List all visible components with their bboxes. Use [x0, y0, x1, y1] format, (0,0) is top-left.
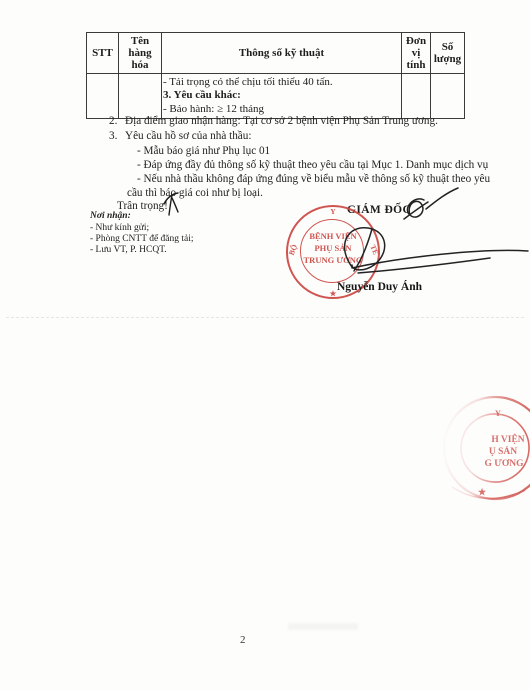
edge-stamp-top-letter: Y	[495, 408, 501, 418]
spec-table-body-row: - Tải trọng có thể chịu tối thiểu 40 tấn…	[87, 74, 465, 119]
spec-line-load: - Tải trọng có thể chịu tối thiểu 40 tấn…	[163, 76, 400, 89]
cell-ten-hang-hoa	[119, 74, 162, 119]
recipient-item-2: - Phòng CNTT để đăng tải;	[90, 234, 194, 245]
document-page: STT Tên hàng hóa Thông số kỹ thuật Đơn v…	[0, 0, 530, 690]
cell-don-vi-tinh	[402, 74, 431, 119]
recipient-item-3: - Lưu VT, P. HCQT.	[90, 245, 167, 256]
cell-stt	[87, 74, 119, 119]
edge-stamp-line-trung-uong: G ƯƠNG	[485, 458, 525, 469]
scan-artifact-dashed-line	[6, 317, 524, 318]
signer-name: Nguyễn Duy Ánh	[337, 281, 422, 293]
page-number: 2	[240, 634, 246, 646]
spec-table: STT Tên hàng hóa Thông số kỹ thuật Đơn v…	[86, 32, 465, 119]
list-item-2-number: 2.	[109, 115, 125, 128]
scan-artifact-smudge	[288, 623, 358, 630]
recipient-item-1: - Như kính gửi;	[90, 223, 149, 234]
col-header-thong-so: Thông số kỹ thuật	[162, 33, 402, 74]
bullet-rejection-line2: cầu thì báo giá coi như bị loại.	[127, 187, 263, 200]
col-header-stt: STT	[87, 33, 119, 74]
edge-stamp-line-phu-san: Ụ SẢN	[489, 445, 517, 457]
bullet-spec-compliance: - Đáp ứng đầy đủ thông số kỹ thuật theo …	[137, 159, 488, 172]
col-header-don-vi-tinh: Đơn vị tính	[402, 33, 431, 74]
list-item-3: 3.Yêu cầu hồ sơ của nhà thầu:	[109, 130, 251, 143]
list-item-2-text: Địa điểm giao nhận hàng: Tại cơ sở 2 bện…	[125, 115, 438, 127]
stamp-star-icon: ★	[330, 290, 337, 298]
list-item-2: 2.Địa điểm giao nhận hàng: Tại cơ sở 2 b…	[109, 115, 438, 128]
spec-table-header-row: STT Tên hàng hóa Thông số kỹ thuật Đơn v…	[87, 33, 465, 74]
edge-stamp-line-benh-vien: H VIỆN	[491, 432, 524, 445]
col-header-so-luong: Số lượng	[431, 33, 465, 74]
list-item-3-text: Yêu cầu hồ sơ của nhà thầu:	[125, 130, 251, 142]
edge-stamp-star-icon: ★	[478, 487, 487, 497]
recipients-label: Nơi nhận:	[90, 211, 131, 222]
cell-thong-so: - Tải trọng có thể chịu tối thiểu 40 tấn…	[162, 74, 402, 119]
edge-stamp: Y H VIỆN Ụ SẢN G ƯƠNG ★	[432, 385, 530, 513]
list-item-3-number: 3.	[109, 130, 125, 143]
spec-line-other-req: 3. Yêu cầu khác:	[163, 89, 400, 102]
col-header-ten-hang-hoa: Tên hàng hóa	[119, 33, 162, 74]
director-signature-ink	[332, 183, 530, 275]
bullet-quote-form: - Mẫu báo giá như Phụ lục 01	[137, 145, 270, 158]
cell-so-luong	[431, 74, 465, 119]
pen-tick-mark	[160, 191, 184, 217]
